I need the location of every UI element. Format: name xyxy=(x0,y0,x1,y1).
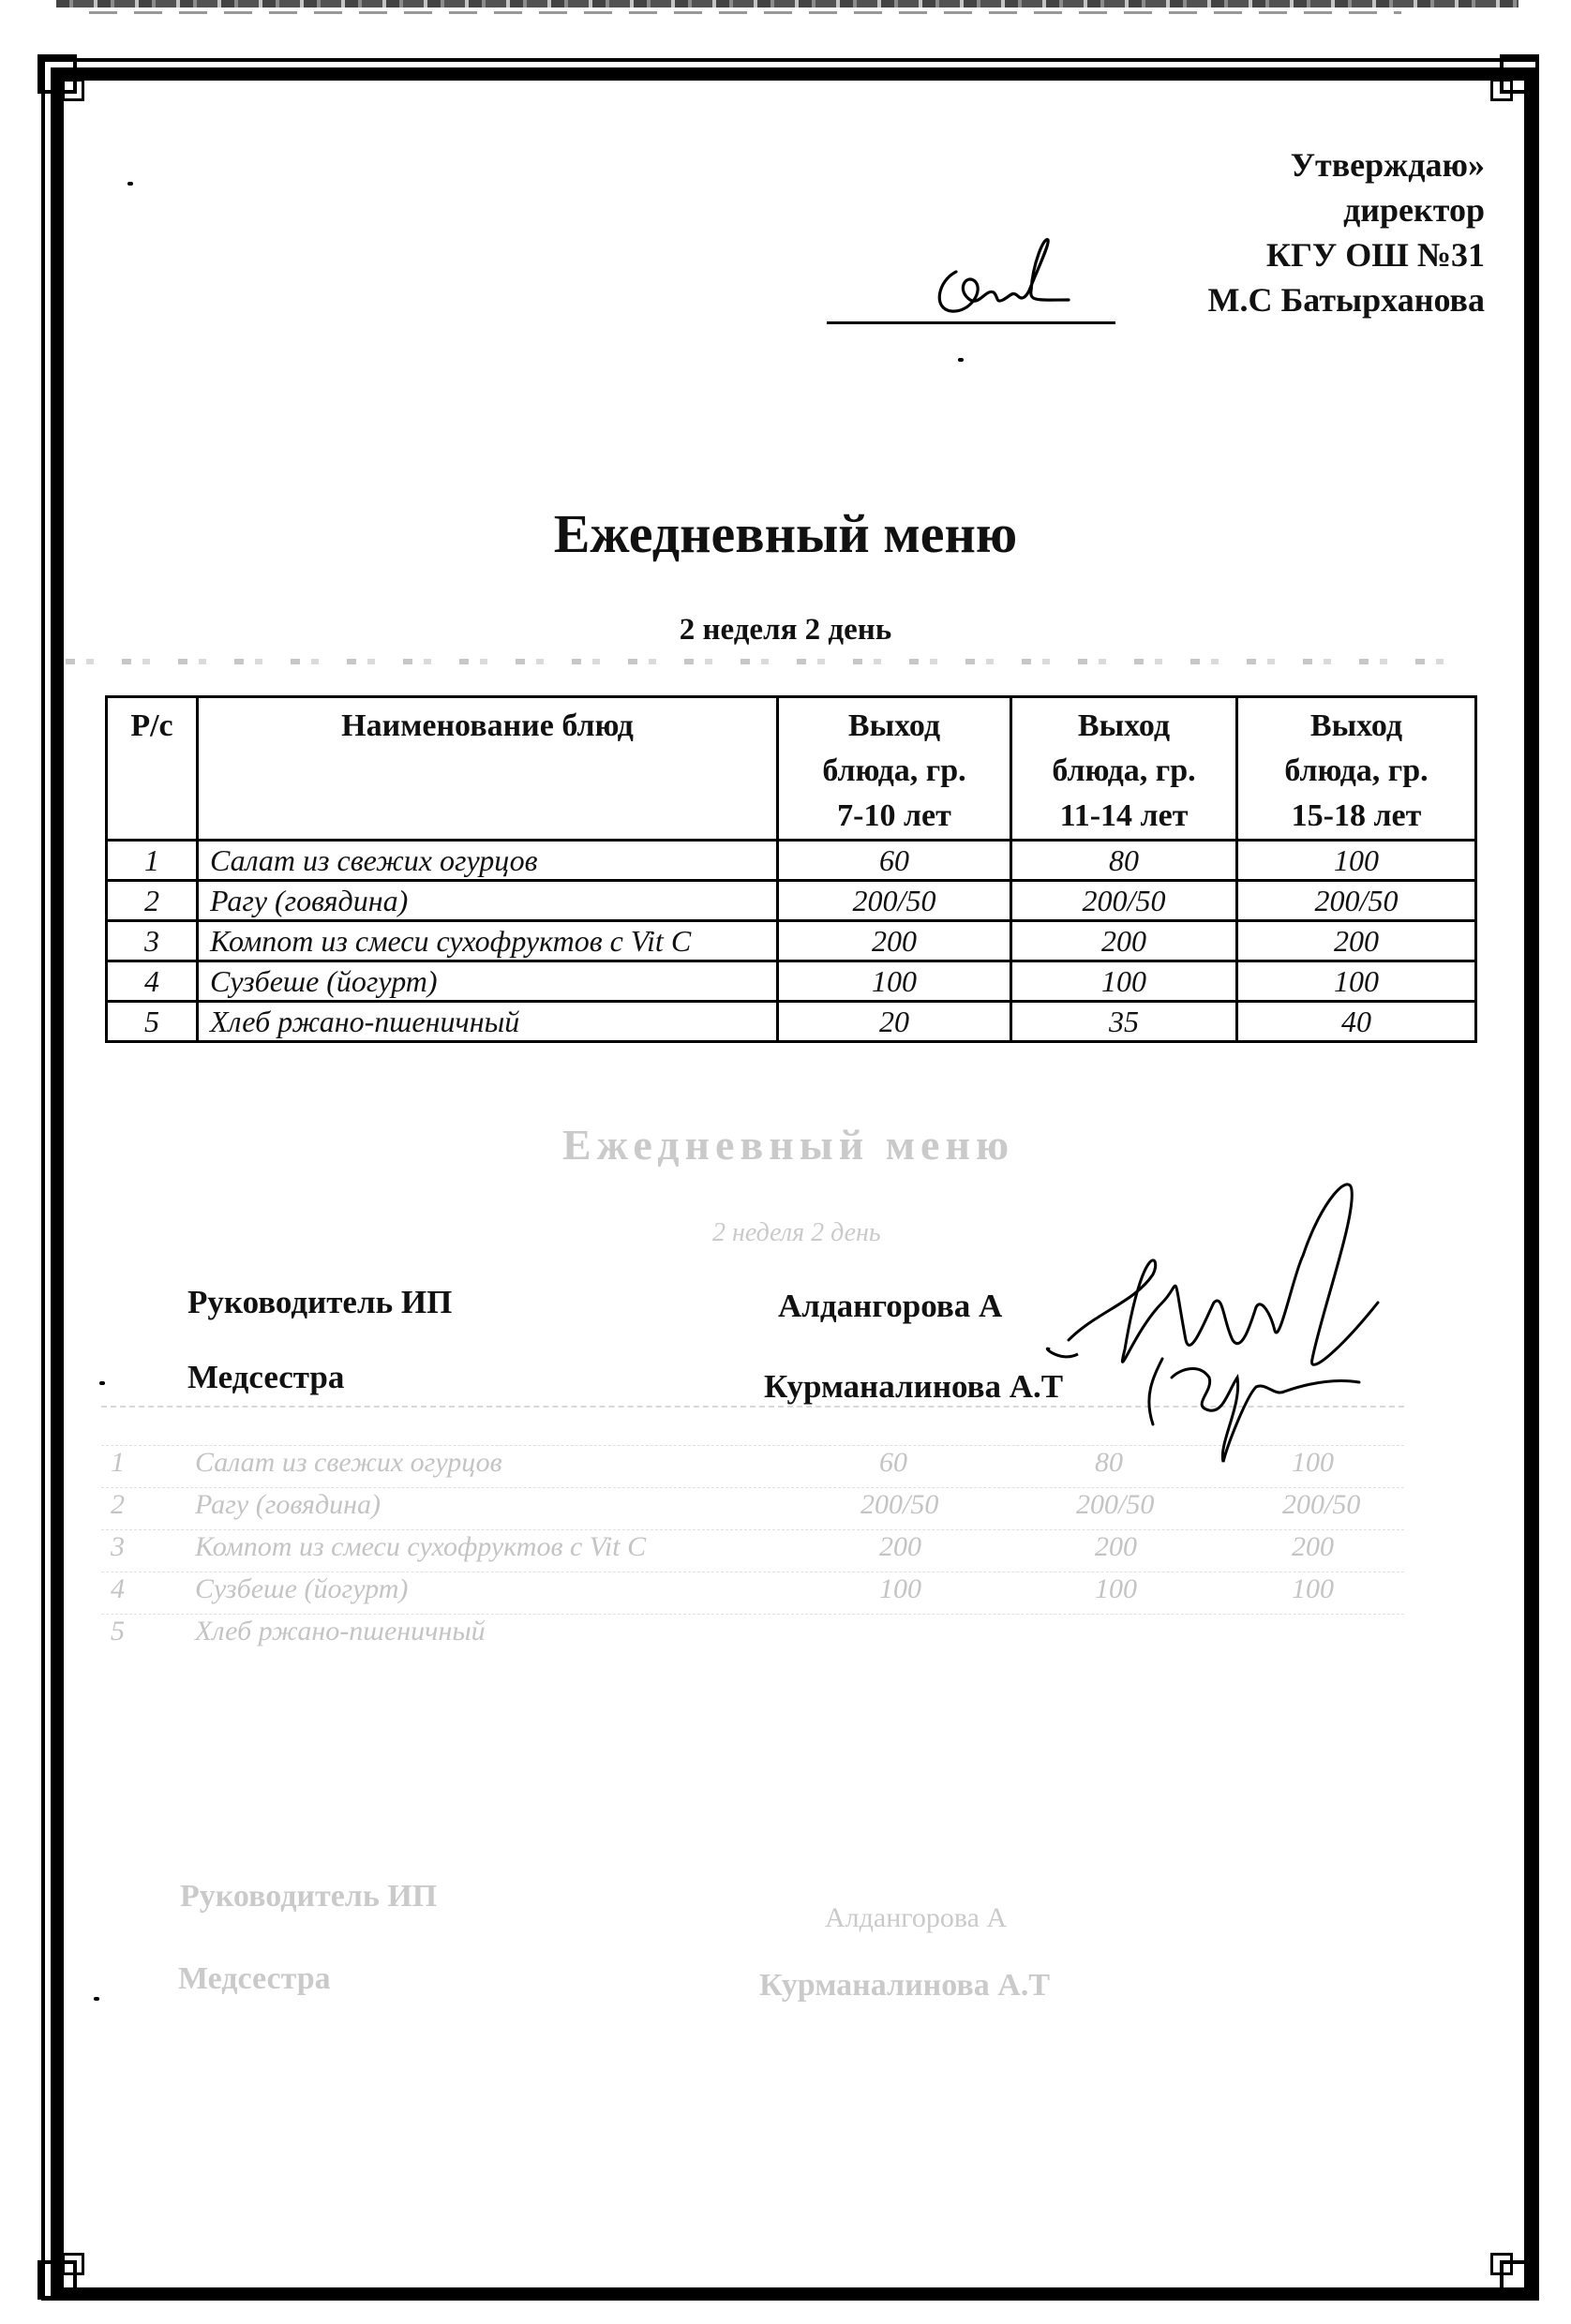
row-number: 4 xyxy=(107,961,198,1002)
signatory-role: Руководитель ИП xyxy=(187,1284,452,1321)
ghost-name-2: Курманалинова А.Т xyxy=(759,1968,1050,2004)
ghost-cell: 5 xyxy=(111,1616,125,1647)
document-title: Ежедневный меню xyxy=(0,502,1571,565)
approval-block: Утверждаю» директор КГУ ОШ №31 М.С Батыр… xyxy=(1208,142,1485,322)
dish-name: Сузбеше (йогурт) xyxy=(198,961,778,1002)
table-row: 1 Салат из свежих огурцов 60 80 100 xyxy=(107,841,1476,881)
document-subtitle: 2 неделя 2 день xyxy=(0,613,1571,648)
yield-11-14: 100 xyxy=(1011,961,1237,1002)
table-row: 5 Хлеб ржано-пшеничный 20 35 40 xyxy=(107,1002,1476,1042)
ghost-title: Ежедневный меню xyxy=(562,1120,1014,1169)
ghost-cell: 2 xyxy=(111,1489,125,1521)
yield-7-10: 20 xyxy=(778,1002,1011,1042)
ghost-cell: 200/50 xyxy=(1282,1489,1360,1521)
yield-11-14: 200 xyxy=(1011,921,1237,961)
ghost-role-1: Руководитель ИП xyxy=(180,1879,437,1914)
signatory-name: Алдангорова А xyxy=(778,1288,1002,1325)
frame-corner-ornament-small xyxy=(62,79,84,101)
ghost-cell: 200 xyxy=(1095,1531,1137,1563)
ghost-cell: 60 xyxy=(879,1447,907,1479)
ghost-cell: 200 xyxy=(879,1531,921,1563)
yield-7-10: 100 xyxy=(778,961,1011,1002)
ghost-table-rule xyxy=(101,1487,1404,1488)
scan-speck xyxy=(958,358,964,362)
scan-speck xyxy=(99,1381,105,1385)
scan-artifact-top-2 xyxy=(89,11,1401,14)
header-dish-name: Наименование блюд xyxy=(198,697,778,841)
signatory-name: Курманалинова А.Т xyxy=(764,1368,1063,1406)
header-number: Р/с xyxy=(107,697,198,841)
ghost-name-1: Алдангорова А xyxy=(825,1902,1007,1934)
dish-name: Компот из смеси сухофруктов с Vit C xyxy=(198,921,778,961)
ghost-cell: Сузбеше (йогурт) xyxy=(195,1573,408,1605)
row-number: 1 xyxy=(107,841,198,881)
header-yield-15-18: Выход блюда, гр. 15-18 лет xyxy=(1237,697,1476,841)
dish-name: Салат из свежих огурцов xyxy=(198,841,778,881)
frame-corner-ornament-small xyxy=(1490,79,1513,101)
scan-speck xyxy=(127,182,133,186)
row-number: 5 xyxy=(107,1002,198,1042)
ghost-cell: 100 xyxy=(1292,1573,1334,1605)
ghost-subtitle: 2 неделя 2 день xyxy=(712,1218,881,1248)
yield-11-14: 200/50 xyxy=(1011,881,1237,921)
yield-7-10: 200 xyxy=(778,921,1011,961)
ghost-table-rule xyxy=(101,1572,1404,1572)
ghost-table-rule xyxy=(101,1529,1404,1530)
dish-name: Рагу (говядина) xyxy=(198,881,778,921)
header-yield-11-14: Выход блюда, гр. 11-14 лет xyxy=(1011,697,1237,841)
table-row: 2 Рагу (говядина) 200/50 200/50 200/50 xyxy=(107,881,1476,921)
ghost-cell: 100 xyxy=(1095,1573,1137,1605)
ghost-cell: 100 xyxy=(879,1573,921,1605)
frame-corner-ornament-small xyxy=(62,2253,84,2275)
header-yield-7-10: Выход блюда, гр. 7-10 лет xyxy=(778,697,1011,841)
table-row: 4 Сузбеше (йогурт) 100 100 100 xyxy=(107,961,1476,1002)
ghost-cell: 200 xyxy=(1292,1531,1334,1563)
handwritten-signature-icon xyxy=(1022,1162,1434,1481)
ghost-cell: 3 xyxy=(111,1531,125,1563)
scan-speck xyxy=(94,1997,99,2001)
yield-15-18: 200 xyxy=(1237,921,1476,961)
dish-name: Хлеб ржано-пшеничный xyxy=(198,1002,778,1042)
ghost-cell: Рагу (говядина) xyxy=(195,1489,381,1521)
signatory-role: Медсестра xyxy=(187,1359,344,1396)
ghost-role-2: Медсестра xyxy=(178,1961,331,1997)
ghost-table-rule xyxy=(101,1614,1404,1615)
yield-15-18: 100 xyxy=(1237,961,1476,1002)
yield-7-10: 60 xyxy=(778,841,1011,881)
ghost-cell: 200/50 xyxy=(860,1489,938,1521)
yield-15-18: 40 xyxy=(1237,1002,1476,1042)
approval-position: директор xyxy=(1208,187,1485,232)
ghost-cell: 1 xyxy=(111,1447,125,1479)
ghost-cell: Салат из свежих огурцов xyxy=(195,1447,502,1479)
scan-artifact-line xyxy=(66,659,1472,664)
ghost-cell: 4 xyxy=(111,1573,125,1605)
ghost-cell: Компот из смеси сухофруктов с Vit C xyxy=(195,1531,646,1563)
yield-7-10: 200/50 xyxy=(778,881,1011,921)
menu-table: Р/с Наименование блюд Выход блюда, гр. 7… xyxy=(105,695,1477,1043)
yield-15-18: 100 xyxy=(1237,841,1476,881)
scan-artifact-top xyxy=(56,0,1519,7)
ghost-cell: Хлеб ржано-пшеничный xyxy=(195,1616,486,1647)
table-header-row: Р/с Наименование блюд Выход блюда, гр. 7… xyxy=(107,697,1476,841)
director-signature-icon xyxy=(928,234,1087,323)
table-row: 3 Компот из смеси сухофруктов с Vit C 20… xyxy=(107,921,1476,961)
row-number: 3 xyxy=(107,921,198,961)
approval-heading: Утверждаю» xyxy=(1208,142,1485,187)
yield-11-14: 35 xyxy=(1011,1002,1237,1042)
row-number: 2 xyxy=(107,881,198,921)
yield-11-14: 80 xyxy=(1011,841,1237,881)
ghost-cell: 200/50 xyxy=(1076,1489,1154,1521)
approval-organization: КГУ ОШ №31 xyxy=(1208,232,1485,277)
approval-director-name: М.С Батырханова xyxy=(1208,277,1485,322)
yield-15-18: 200/50 xyxy=(1237,881,1476,921)
frame-corner-ornament-small xyxy=(1490,2253,1513,2275)
